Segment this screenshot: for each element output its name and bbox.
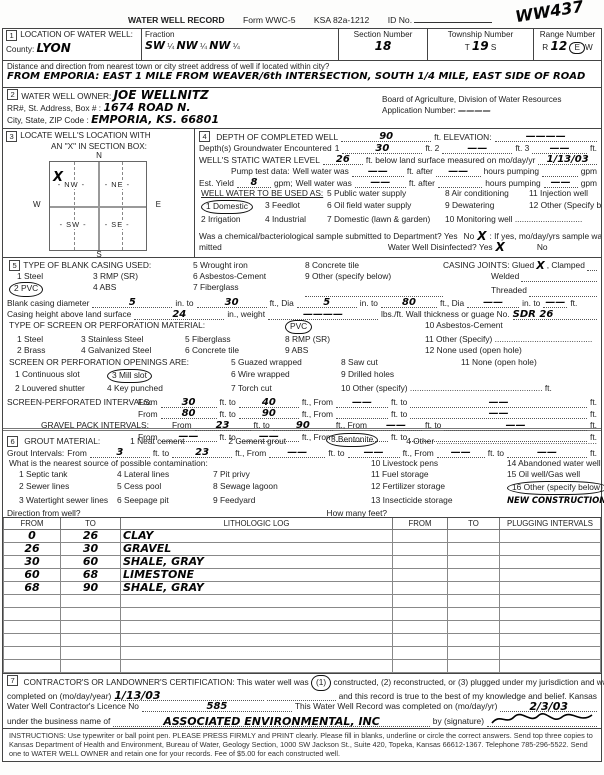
contam-option-2: 2 Sewer lines <box>9 481 117 495</box>
groundwater-label: Depth(s) Groundwater Encountered <box>199 143 332 154</box>
constructed-1-circled: (1) <box>311 675 331 691</box>
material-option-11: 11 Other (Specify) .....................… <box>425 334 597 345</box>
grout-option-4: 4 Other ................................… <box>406 436 597 447</box>
opening-option-3-circled: 3 Mill slot <box>107 369 152 383</box>
ft-b: ft. <box>590 409 597 420</box>
address-label: RR#, St. Address, Box # : <box>7 103 101 113</box>
screen-pvc-circled: PVC <box>285 320 312 334</box>
lithologic-log-table: FROM TO LITHOLOGIC LOG FROM TO PLUGGING … <box>3 518 601 673</box>
usage-label: WELL WATER TO BE USED AS: <box>201 188 327 200</box>
log-from-value <box>4 660 61 673</box>
groundwater-2-label: ft. 2 <box>425 143 439 154</box>
pump-depth-value: —— <box>352 167 404 177</box>
screen-material-options: TYPE OF SCREEN OR PERFORATION MATERIAL: … <box>3 320 601 357</box>
contam-option-9: 9 Feedyard <box>213 495 371 506</box>
gpm-semicolon: gpm; <box>274 178 293 189</box>
plug-to-value <box>448 595 500 608</box>
plug-intervals-value <box>500 621 601 634</box>
pump-hours-value: —— <box>436 167 481 177</box>
log-to-value <box>61 595 121 608</box>
opening-option-5: 5 Guazed wrapped <box>231 357 341 368</box>
north-label: N <box>96 151 102 160</box>
casing-length-3: —— <box>543 298 567 308</box>
elevation-label: ft. ELEVATION: <box>434 132 491 143</box>
to-2: ft. to <box>391 397 407 408</box>
west-label: W <box>33 200 41 209</box>
form-number: Form WWC-5 <box>243 15 296 25</box>
sample-no-x-mark: X <box>477 231 486 242</box>
material-option-1: 1 Steel <box>9 334 81 345</box>
distance-row: Distance and direction from nearest town… <box>3 61 601 88</box>
log-from-value <box>4 621 61 634</box>
sample-no-label: No <box>464 231 475 242</box>
hours-label-2: hours pumping <box>485 178 540 189</box>
section-box: - NW - - NE - - SW - - SE - <box>49 161 147 251</box>
casing-title: TYPE OF BLANK CASING USED: <box>23 260 151 270</box>
record-completed-date: 2/3/03 <box>500 702 597 712</box>
sw-quadrant-label: - SW - <box>59 220 88 229</box>
ksa-number: KSA 82a-1212 <box>314 15 369 25</box>
openings-title: SCREEN OR PERFORATION OPENINGS ARE: <box>9 357 231 368</box>
by-signature-label: by (signature) <box>433 716 484 727</box>
log-to-value: 68 <box>61 569 121 582</box>
id-no-blank <box>414 14 492 23</box>
plug-intervals-value <box>500 660 601 673</box>
ft-dia-2: ft., Dia <box>440 298 464 309</box>
plug-from-value <box>393 530 448 543</box>
yield-hours-value: —— <box>544 178 578 188</box>
log-from-value: 26 <box>4 543 61 556</box>
use-option-11: 11 Injection well <box>529 188 601 200</box>
to-3: ft. to <box>220 409 236 420</box>
gpi-to-2: —— <box>444 421 587 431</box>
contam-option-16-circled: 16 Other (specify below) <box>507 481 604 495</box>
blank-casing-options: 5TYPE OF BLANK CASING USED: 5 Wrought ir… <box>3 258 601 297</box>
spi-from-2: —— <box>336 398 388 408</box>
ft-end-1: ft. <box>570 298 577 309</box>
log-lithology-value <box>121 595 393 608</box>
spi-from-1: 30 <box>161 398 217 408</box>
gravel-intervals-label: GRAVEL PACK INTERVALS: <box>7 420 169 431</box>
grout-option-1: 1 Neat cement <box>130 436 184 447</box>
casing-option-6: 6 Asbestos-Cement <box>193 271 305 282</box>
plug-intervals-value <box>500 634 601 647</box>
material-option-4: 4 Galvanized Steel <box>81 345 185 356</box>
plug-from-value <box>393 634 448 647</box>
use-option-3: 3 Feedlot <box>265 200 327 215</box>
opening-option-2: 2 Louvered shutter <box>9 383 107 394</box>
section-6-number: 6 <box>7 436 18 447</box>
se-quadrant-label: - SE - <box>104 220 131 229</box>
after-label-1: ft. after <box>407 166 433 177</box>
range-label: Range Number <box>537 30 598 39</box>
casing-option-7: 7 Fiberglass <box>193 282 305 296</box>
weight-label: in., weight <box>227 309 265 320</box>
to-1: ft. to <box>220 397 236 408</box>
contam-option-13: 13 Insecticide storage <box>371 495 507 506</box>
ft-dia-1: ft., Dia <box>270 298 294 309</box>
contam-option-8: 8 Sewage lagoon <box>213 481 371 495</box>
section-2-number: 2 <box>7 89 18 100</box>
contam-option-7: 7 Pit privy <box>213 469 371 480</box>
gfrom-2: ft., From <box>235 448 266 459</box>
license-value: 585 <box>142 702 292 712</box>
plug-to-value <box>448 582 500 595</box>
plat-title-1: LOCATE WELL'S LOCATION WITH <box>20 131 150 140</box>
screen-intervals-label: SCREEN-PERFORATED INTERVALS: <box>7 397 135 408</box>
casing-option-5: 5 Wrought iron <box>193 260 305 271</box>
from-1: From <box>138 397 158 408</box>
gfrom-1: From <box>67 448 87 459</box>
grout-title: GROUT MATERIAL: <box>24 436 100 447</box>
grout-to-2: —— <box>348 448 400 458</box>
from-4: ft., From <box>302 409 333 420</box>
log-lithology-value <box>121 608 393 621</box>
spi-to-2: —— <box>410 398 587 408</box>
opening-option-7: 7 Torch cut <box>231 383 341 394</box>
grout-from-3: —— <box>437 448 485 458</box>
log-lithology-value <box>121 660 393 673</box>
row-plat-and-depth: 3LOCATE WELL'S LOCATION WITH AN "X" IN S… <box>3 129 601 258</box>
contam-option-10: 10 Livestock pens <box>371 458 507 469</box>
plug-intervals-value <box>500 595 601 608</box>
casing-option-9: 9 Other (specify below) <box>305 271 443 282</box>
log-row <box>4 608 601 621</box>
use-option-9: 9 Dewatering <box>445 200 529 215</box>
pump-test-label: Pump test data: <box>231 166 290 177</box>
plug-from-value <box>393 543 448 556</box>
certification-text-1a: CONTRACTOR'S OR LANDOWNER'S CERTIFICATIO… <box>24 677 309 687</box>
clamped-label: , Clamped <box>547 260 585 271</box>
log-row: 0 26 CLAY <box>4 530 601 543</box>
section-4-number: 4 <box>199 131 210 142</box>
casing-length-1: 30 <box>197 298 267 308</box>
use-option-1-circled: 1 Domestic <box>201 200 253 215</box>
section-4-depth: 4 DEPTH OF COMPLETED WELL 90 ft. ELEVATI… <box>195 129 601 257</box>
plug-intervals-value <box>500 582 601 595</box>
plug-to-value <box>448 569 500 582</box>
log-lithology-value: GRAVEL <box>121 543 393 556</box>
from-6: ft., From <box>336 420 367 431</box>
log-from-value: 68 <box>4 582 61 595</box>
log-from-value: 0 <box>4 530 61 543</box>
business-name-value: ASSOCIATED ENVIRONMENTAL, INC <box>113 717 429 727</box>
gft-end: ft. <box>590 448 597 459</box>
material-option-8: 8 RMP (SR) <box>285 334 425 345</box>
casing-height-label: Casing height above land surface <box>7 309 131 320</box>
casing-diameter-label: Blank casing diameter <box>7 298 89 309</box>
log-to-value <box>61 647 121 660</box>
from-2: ft., From <box>302 397 333 408</box>
use-option-4: 4 Industrial <box>265 214 327 226</box>
plug-col-to: TO <box>448 518 500 530</box>
log-from-value: 60 <box>4 569 61 582</box>
casing-option-1: 1 Steel <box>9 271 93 282</box>
distance-label: Distance and direction from nearest town… <box>3 61 601 71</box>
est-yield-value: 8 <box>237 178 271 188</box>
from-3: From <box>138 409 158 420</box>
gfrom-3: ft., From <box>403 448 434 459</box>
handwritten-id: WW437 <box>514 0 585 26</box>
spi-to-1: 40 <box>239 398 299 408</box>
sample-question: Was a chemical/bacteriological sample su… <box>199 231 458 242</box>
gto-2: ft. to <box>328 448 344 459</box>
contam-option-11: 11 Fuel storage <box>371 469 507 480</box>
township-label: Township Number <box>431 30 530 39</box>
distance-value: FROM EMPORIA: EAST 1 MILE FROM WEAVER/6t… <box>3 71 601 82</box>
section-7-number: 7 <box>7 675 18 686</box>
log-to-value <box>61 608 121 621</box>
log-row <box>4 621 601 634</box>
signature-scrawl <box>490 712 594 726</box>
disinfected-no-label: No <box>537 242 548 253</box>
well-water-was-1: Well water was <box>293 166 349 177</box>
casing-option-8: 8 Concrete tile <box>305 260 443 271</box>
log-col-to: TO <box>61 518 121 530</box>
grout-to-3: —— <box>507 448 587 458</box>
direction-from-well-label: Direction from well? <box>7 508 81 519</box>
casing-other-blank <box>305 287 443 297</box>
owner-label: WATER WELL OWNER: <box>21 91 111 101</box>
section-7-certification: 7 CONTRACTOR'S OR LANDOWNER'S CERTIFICAT… <box>3 673 601 729</box>
ft-label: ft. <box>590 143 597 154</box>
city-value: EMPORIA, KS. 66801 <box>91 113 219 126</box>
log-from-value <box>4 634 61 647</box>
static-level-mid: ft. below land surface measured on mo/da… <box>366 155 535 166</box>
quarter-2: ¼ <box>200 42 207 51</box>
east-label: E <box>156 200 161 209</box>
casing-length-2: 80 <box>381 298 437 308</box>
plug-from-value <box>393 595 448 608</box>
plug-from-value <box>393 556 448 569</box>
in-to-1: in. to <box>175 298 193 309</box>
static-level-date: 1/13/03 <box>538 155 597 165</box>
clamped-blank <box>587 261 597 271</box>
section-2-owner: 2WATER WELL OWNER: JOE WELLNITZ RR#, St.… <box>3 88 601 129</box>
groundwater-1-value: 30 <box>342 144 422 154</box>
plug-to-value <box>448 621 500 634</box>
groundwater-3-label: ft. 3 <box>515 143 529 154</box>
elevation-value: ———— <box>495 132 597 142</box>
material-option-12: 12 None used (open hole) <box>425 345 597 356</box>
quarter-1: ¼ <box>167 42 174 51</box>
contam-option-12: 12 Fertilizer storage <box>371 481 507 495</box>
section-box-diagram: N - NW - - NE - - SW - - SE - W E S X <box>19 152 179 256</box>
plug-col-from: FROM <box>393 518 448 530</box>
plug-to-value <box>448 556 500 569</box>
casing-joints-label: CASING JOINTS: Glued <box>443 260 534 271</box>
plug-from-value <box>393 582 448 595</box>
application-number-label: Application Number: <box>382 106 456 115</box>
disinfected-question: Water Well Disinfected? Yes <box>388 242 493 253</box>
gpi-from-2: —— <box>370 421 422 431</box>
section-3-number: 3 <box>6 131 17 142</box>
gpi-from-1: 23 <box>195 421 251 431</box>
log-to-value: 60 <box>61 556 121 569</box>
to-5: ft. to <box>254 420 270 431</box>
certification-text-1b: constructed, (2) reconstructed, or (3) p… <box>333 677 604 687</box>
in-to-3: in. to <box>522 298 540 309</box>
gpm-label-2: gpm <box>581 178 597 189</box>
grout-option-2: 2 Cement grout <box>228 436 286 447</box>
glued-x-mark: X <box>536 260 544 271</box>
use-option-10: 10 Monitoring well .....................… <box>445 214 601 226</box>
quarter-line-left <box>74 162 75 250</box>
contamination-options: What is the nearest source of possible c… <box>3 458 601 507</box>
instructions-block: INSTRUCTIONS: Use typewriter or ball poi… <box>3 729 601 761</box>
log-row <box>4 647 601 660</box>
range-r: R <box>542 43 548 52</box>
depth-completed-label: DEPTH OF COMPLETED WELL <box>216 132 338 143</box>
casing-option-4: 4 ABS <box>93 282 193 296</box>
plug-col-intervals: PLUGGING INTERVALS <box>500 518 601 530</box>
log-from-value: 30 <box>4 556 61 569</box>
gpm-label-1: gpm <box>581 166 597 177</box>
fraction-3: NW <box>209 39 230 52</box>
material-option-3: 3 Stainless Steel <box>81 334 185 345</box>
log-lithology-value: SHALE, GRAY <box>121 556 393 569</box>
contam-option-6: 6 Seepage pit <box>117 495 213 506</box>
log-lithology-value: LIMESTONE <box>121 569 393 582</box>
plug-to-value <box>448 530 500 543</box>
log-col-from: FROM <box>4 518 61 530</box>
township-cell: Township Number T 19 S <box>427 29 533 60</box>
plat-title-2: AN "X" IN SECTION BOX: <box>6 142 192 151</box>
screen-material-title: TYPE OF SCREEN OR PERFORATION MATERIAL: <box>9 320 285 334</box>
log-lithology-value <box>121 634 393 647</box>
contam-option-15: 15 Oil well/Gas well <box>507 469 604 480</box>
contam-option-4: 4 Lateral lines <box>117 469 213 480</box>
how-many-feet-label: How many feet? <box>327 508 388 519</box>
form-title: WATER WELL RECORD <box>128 15 225 25</box>
log-row: 26 30 GRAVEL <box>4 543 601 556</box>
contam-option-5: 5 Cess pool <box>117 481 213 495</box>
fraction-2: NW <box>176 39 197 52</box>
static-level-value: 26 <box>323 155 363 165</box>
est-yield-label: Est. Yield <box>199 178 234 189</box>
sample-tail: : If yes, mo/day/yrs sample was sub- <box>490 231 602 242</box>
contamination-label: What is the nearest source of possible c… <box>9 458 371 469</box>
plug-from-value <box>393 621 448 634</box>
use-option-7: 7 Domestic (lawn & garden) <box>327 214 445 226</box>
section-6-grout: 6 GROUT MATERIAL: 1 Neat cement 2 Cement… <box>3 431 601 518</box>
section-3-plat: 3LOCATE WELL'S LOCATION WITH AN "X" IN S… <box>3 129 195 257</box>
log-header-row: FROM TO LITHOLOGIC LOG FROM TO PLUGGING … <box>4 518 601 530</box>
threaded-blank <box>529 287 597 297</box>
well-location-x-mark: X <box>53 170 63 185</box>
application-number-value: ———— <box>458 105 491 115</box>
casing-height-value: 24 <box>134 310 224 320</box>
grout-to-1: 23 <box>172 448 232 458</box>
log-to-value <box>61 634 121 647</box>
wall-value: SDR 26 <box>513 310 597 320</box>
casing-diameter-2: 5 <box>297 298 357 308</box>
grout-intervals-label: Grout Intervals: <box>7 448 64 459</box>
log-lithology-value <box>121 647 393 660</box>
plug-from-value <box>393 647 448 660</box>
plug-to-value <box>448 660 500 673</box>
range-value: 12 <box>551 39 568 53</box>
use-option-6: 6 Oil field water supply <box>327 200 445 215</box>
plug-to-value <box>448 608 500 621</box>
to-4: ft. to <box>391 409 407 420</box>
ft-a: ft. <box>590 397 597 408</box>
fraction-1: SW <box>145 39 165 52</box>
opening-option-11: 11 None (open hole) <box>461 357 597 368</box>
groundwater-3-value: —— <box>532 144 587 154</box>
section-1-number: 1 <box>6 30 17 41</box>
gto-3: ft. to <box>488 448 504 459</box>
log-lithology-value: CLAY <box>121 530 393 543</box>
log-row: 68 90 SHALE, GRAY <box>4 582 601 595</box>
county-label: County: <box>6 45 34 54</box>
opening-option-10: 10 Other (specify) .....................… <box>341 383 597 394</box>
plug-to-value <box>448 634 500 647</box>
form-title-line: WATER WELL RECORD Form WWC-5 KSA 82a-121… <box>128 14 492 25</box>
weight-value: ———— <box>268 310 378 320</box>
quarter-line-right <box>122 162 123 250</box>
log-to-value <box>61 621 121 634</box>
plug-intervals-value <box>500 556 601 569</box>
use-option-12: 12 Other (Specify below) <box>529 200 601 215</box>
yield-after-blank <box>438 178 482 188</box>
use-option-8: 8 Air conditioning <box>445 188 529 200</box>
record-completed-label: This Water Well Record was completed on … <box>295 701 497 712</box>
welded-label: Welded <box>491 271 519 282</box>
gto-1: ft. to <box>153 448 169 459</box>
log-from-value <box>4 608 61 621</box>
grout-from-1: 3 <box>90 448 150 458</box>
log-to-value: 30 <box>61 543 121 556</box>
opening-option-1: 1 Continuous slot <box>9 369 107 383</box>
owner-value: JOE WELLNITZ <box>114 88 209 102</box>
spi-to-3: 90 <box>239 409 299 419</box>
log-to-value <box>61 660 121 673</box>
section-number-label: Section Number <box>342 30 424 39</box>
contam-other-value: NEW CONSTRUCTION <box>507 495 604 506</box>
well-usage-options: WELL WATER TO BE USED AS: 5 Public water… <box>195 188 601 226</box>
use-option-2: 2 Irrigation <box>201 214 265 226</box>
plug-from-value <box>393 608 448 621</box>
range-w: W <box>585 43 593 52</box>
casing-option-3: 3 RMP (SR) <box>93 271 193 282</box>
water-well-record-form: WW437 WATER WELL RECORD Form WWC-5 KSA 8… <box>0 0 604 775</box>
city-label: City, State, ZIP Code : <box>7 115 89 125</box>
completed-date-value: 1/13/03 <box>114 691 264 701</box>
county-cell: 1LOCATION OF WATER WELL: County: LYON <box>3 29 141 60</box>
plug-intervals-value <box>500 608 601 621</box>
log-to-value: 26 <box>61 530 121 543</box>
ft-c: ft. <box>590 420 597 431</box>
pump-gpm-blank <box>542 167 578 177</box>
township-t: T <box>465 43 470 52</box>
opening-option-6: 6 Wire wrapped <box>231 369 341 383</box>
welded-blank <box>521 272 597 282</box>
form-body: 1LOCATION OF WATER WELL: County: LYON Fr… <box>2 28 602 762</box>
wall-label: lbs./ft. Wall thickness or guage No. <box>381 309 510 320</box>
plug-intervals-value <box>500 543 601 556</box>
fraction-cell: Fraction SW ¼ NW ¼ NW ¼ <box>141 29 338 60</box>
log-lithology-value <box>121 621 393 634</box>
completed-on-label: completed on (mo/day/year) <box>7 691 111 702</box>
grout-option-3-circled: 3 Bentonite <box>326 433 378 447</box>
fraction-label: Fraction <box>145 30 335 39</box>
groundwater-2-value: —— <box>442 144 512 154</box>
material-option-2: 2 Brass <box>9 345 81 356</box>
section-1-title: LOCATION OF WATER WELL: <box>20 30 133 39</box>
plug-from-value <box>393 660 448 673</box>
screen-openings-options: SCREEN OR PERFORATION OPENINGS ARE: 5 Gu… <box>3 356 601 394</box>
